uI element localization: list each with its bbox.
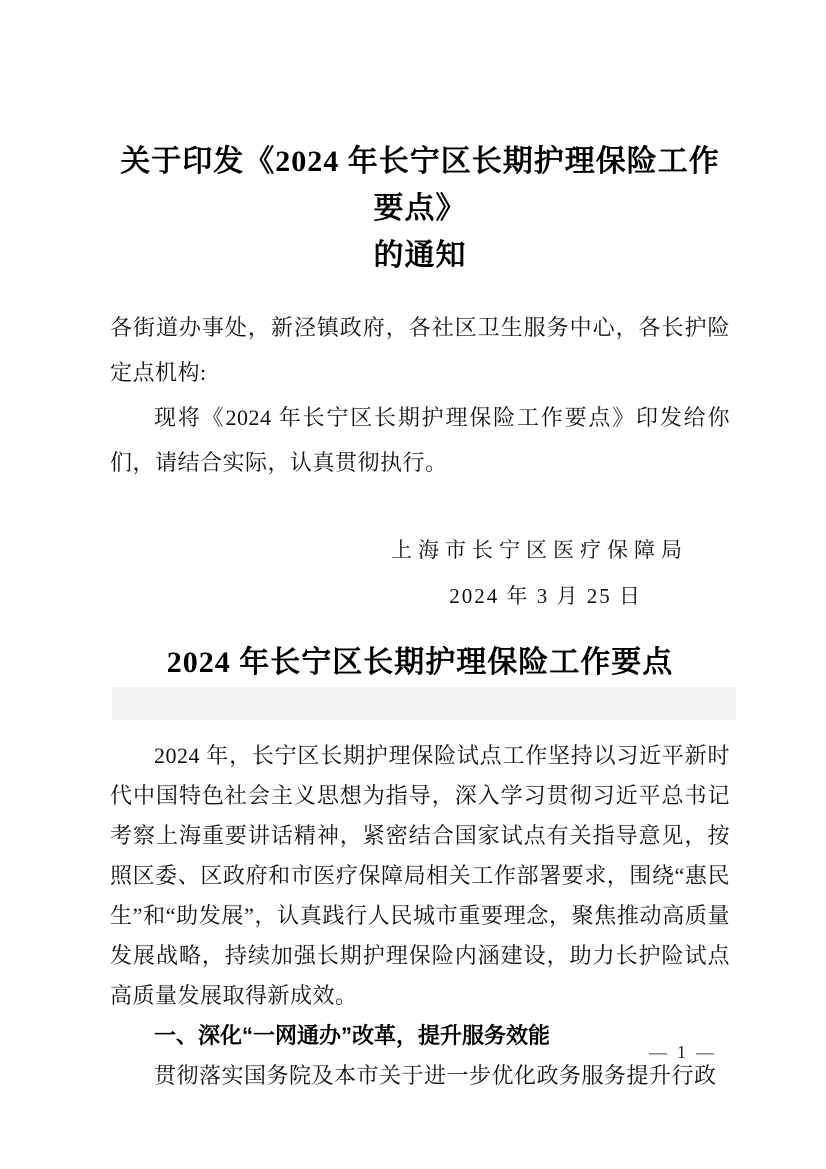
- document-title: 2024 年长宁区长期护理保险工作要点: [110, 643, 730, 683]
- document-page: 关于印发《2024 年长宁区长期护理保险工作要点》 的通知 各街道办事处，新泾镇…: [0, 0, 826, 1169]
- page-number-value: 1: [677, 1042, 688, 1063]
- notice-body: 现将《2024 年长宁区长期护理保险工作要点》印发给你们，请结合实际，认真贯彻执…: [110, 395, 730, 485]
- page-number-dash-right: —: [696, 1042, 716, 1063]
- recipients-line: 各街道办事处，新泾镇政府，各社区卫生服务中心，各长护险定点机构:: [110, 305, 730, 395]
- page-number: — 1 —: [649, 1042, 716, 1063]
- notice-title: 关于印发《2024 年长宁区长期护理保险工作要点》 的通知: [110, 138, 730, 279]
- notice-title-line1: 关于印发《2024 年长宁区长期护理保险工作要点》: [110, 138, 730, 232]
- page-number-dash-left: —: [649, 1042, 669, 1063]
- intro-paragraph: 2024 年，长宁区长期护理保险试点工作坚持以习近平新时代中国特色社会主义思想为…: [110, 736, 730, 1016]
- issue-date: 2024 年 3 月 25 日: [449, 581, 642, 611]
- scan-artifact-band: [112, 687, 736, 720]
- section1-heading: 一、深化“一网通办”改革，提升服务效能: [110, 1016, 730, 1056]
- notice-title-line2: 的通知: [110, 232, 730, 279]
- section1-body: 贯彻落实国务院及本市关于进一步优化政务服务提升行政: [110, 1056, 730, 1096]
- issuer-name: 上海市长宁区医疗保障局: [391, 535, 688, 565]
- signature-block: 上海市长宁区医疗保障局 2024 年 3 月 25 日: [110, 535, 730, 611]
